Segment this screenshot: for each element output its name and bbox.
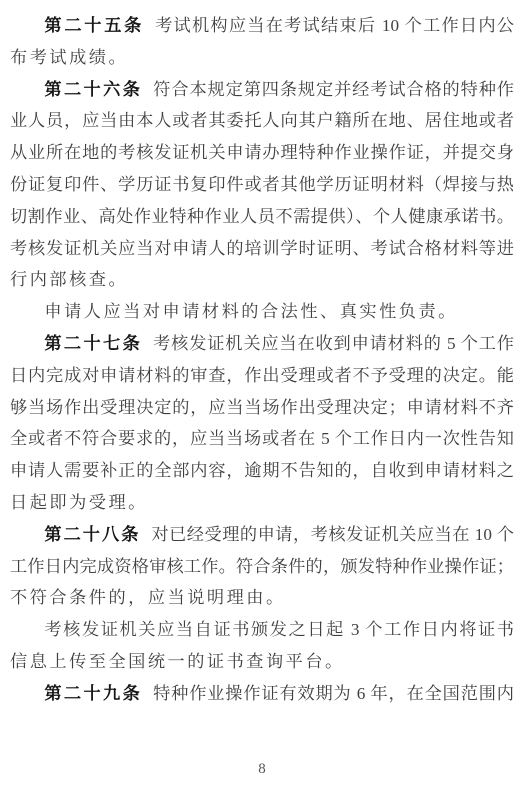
line-text: 考核发证机关应当对申请人的培训学时证明、考试合格材料等进 (10, 239, 514, 258)
text-line: 布考试成绩。 (10, 42, 514, 74)
text-line: 从业所在地的考核发证机关申请办理特种作业操作证，并提交身 (10, 137, 514, 169)
text-line: 日起即为受理。 (10, 487, 514, 519)
line-text: 日起即为受理。 (10, 493, 148, 512)
line-text: 考试机构应当在考试结束后 10 个工作日内公 (155, 16, 514, 35)
line-text: 考核发证机关应当在收到申请材料的 5 个工作 (153, 334, 514, 353)
text-line: 第二十九条特种作业操作证有效期为 6 年，在全国范围内 (10, 678, 514, 710)
text-line: 信息上传至全国统一的证书查询平台。 (10, 646, 514, 678)
text-line: 全或者不符合要求的，应当当场或者在 5 个工作日内一次性告知 (10, 423, 514, 455)
line-text: 份证复印件、学历证书复印件或者其他学历证明材料（焊接与热 (10, 175, 514, 194)
line-text: 全或者不符合要求的，应当当场或者在 5 个工作日内一次性告知 (10, 429, 514, 448)
line-text: 特种作业操作证有效期为 6 年，在全国范围内 (153, 684, 514, 703)
line-text: 够当场作出受理决定的，应当当场作出受理决定；申请材料不齐 (10, 398, 514, 417)
text-line: 申请人需要补正的全部内容，逾期不告知的，自收到申请材料之 (10, 455, 514, 487)
text-line: 工作日内完成资格审核工作。符合条件的，颁发特种作业操作证； (10, 551, 514, 583)
line-text: 信息上传至全国统一的证书查询平台。 (10, 652, 345, 671)
line-text: 业人员，应当由本人或者其委托人向其户籍所在地、居住地或者 (10, 111, 514, 130)
text-line: 切割作业、高处作业特种作业人员不需提供）、个人健康承诺书。 (10, 201, 514, 233)
article-number: 第二十八条 (44, 524, 140, 544)
text-line: 够当场作出受理决定的，应当当场作出受理决定；申请材料不齐 (10, 392, 514, 424)
text-line: 份证复印件、学历证书复印件或者其他学历证明材料（焊接与热 (10, 169, 514, 201)
article-number: 第二十五条 (44, 15, 144, 35)
line-text: 从业所在地的考核发证机关申请办理特种作业操作证，并提交身 (10, 143, 514, 162)
text-line: 第二十六条符合本规定第四条规定并经考试合格的特种作 (10, 74, 514, 106)
line-text: 工作日内完成资格审核工作。符合条件的，颁发特种作业操作证； (10, 557, 514, 576)
line-text: 对已经受理的申请，考核发证机关应当在 10 个 (151, 525, 514, 544)
text-line: 第二十七条考核发证机关应当在收到申请材料的 5 个工作 (10, 328, 514, 360)
document-page: 第二十五条考试机构应当在考试结束后 10 个工作日内公 布考试成绩。 第二十六条… (0, 0, 524, 798)
line-text: 考核发证机关应当自证书颁发之日起 3 个工作日内将证书 (44, 620, 514, 639)
page-number: 8 (0, 757, 524, 781)
text-line: 申请人应当对申请材料的合法性、真实性负责。 (10, 296, 514, 328)
line-text: 不符合条件的，应当说明理由。 (10, 588, 286, 607)
line-text: 切割作业、高处作业特种作业人员不需提供）、个人健康承诺书。 (10, 207, 514, 226)
article-number: 第二十六条 (44, 79, 142, 99)
text-line: 考核发证机关应当对申请人的培训学时证明、考试合格材料等进 (10, 233, 514, 265)
line-text: 申请人需要补正的全部内容，逾期不告知的，自收到申请材料之 (10, 461, 514, 480)
text-line: 第二十八条对已经受理的申请，考核发证机关应当在 10 个 (10, 519, 514, 551)
page-content: 第二十五条考试机构应当在考试结束后 10 个工作日内公 布考试成绩。 第二十六条… (10, 10, 514, 710)
text-line: 考核发证机关应当自证书颁发之日起 3 个工作日内将证书 (10, 614, 514, 646)
text-line: 行内部核查。 (10, 264, 514, 296)
line-text: 布考试成绩。 (10, 48, 128, 67)
article-number: 第二十九条 (44, 683, 142, 703)
text-line: 业人员，应当由本人或者其委托人向其户籍所在地、居住地或者 (10, 105, 514, 137)
text-line: 日内完成对申请材料的审查，作出受理或者不予受理的决定。能 (10, 360, 514, 392)
line-text: 申请人应当对申请材料的合法性、真实性负责。 (44, 302, 457, 321)
text-line: 第二十五条考试机构应当在考试结束后 10 个工作日内公 (10, 10, 514, 42)
line-text: 符合本规定第四条规定并经考试合格的特种作 (153, 80, 514, 99)
text-line: 不符合条件的，应当说明理由。 (10, 582, 514, 614)
article-number: 第二十七条 (44, 333, 142, 353)
line-text: 日内完成对申请材料的审查，作出受理或者不予受理的决定。能 (10, 366, 514, 385)
line-text: 行内部核查。 (10, 270, 128, 289)
